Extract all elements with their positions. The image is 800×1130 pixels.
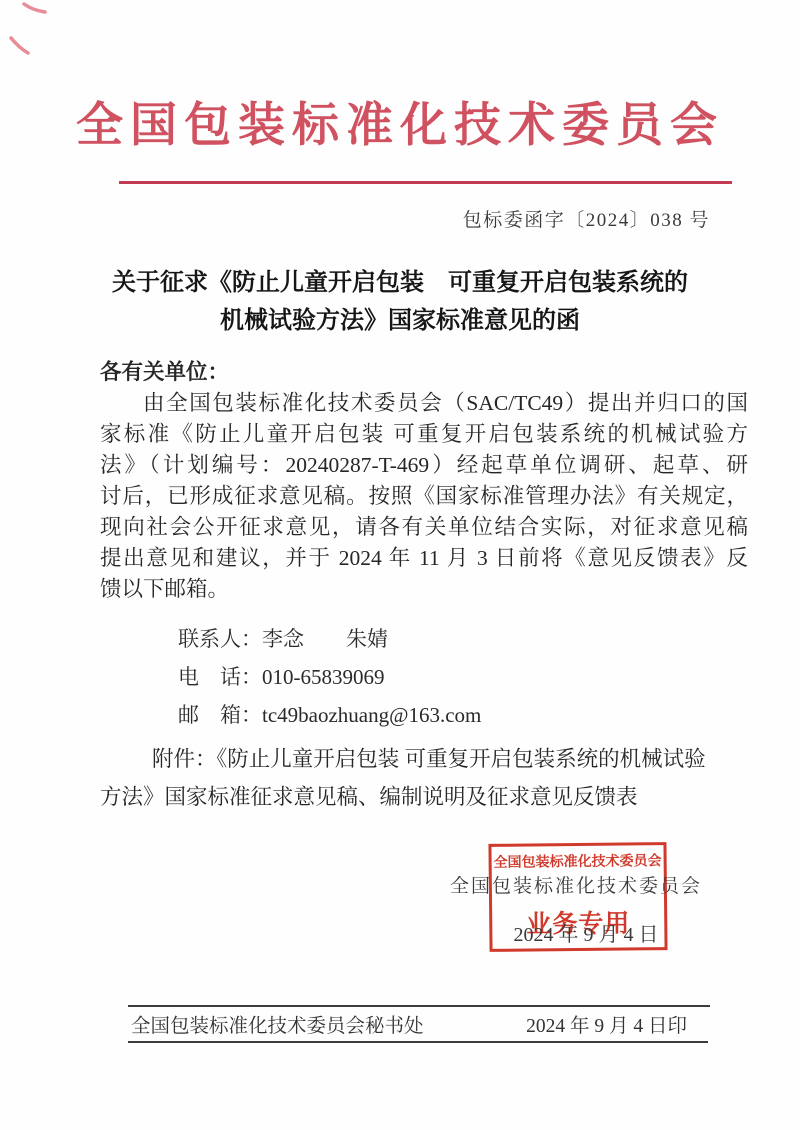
footer-divider-bottom [128, 1041, 708, 1043]
body-line: 提出意见和建议，并于 2024 年 11 月 3 日前将《意见反馈表》反 [100, 543, 748, 574]
body-line: 由全国包装标准化技术委员会（SAC/TC49）提出并归口的国 [100, 388, 748, 419]
letter-body: 各有关单位： 由全国包装标准化技术委员会（SAC/TC49）提出并归口的国 家标… [100, 357, 748, 605]
letterhead-org-name: 全国包装标准化技术委员会 [0, 88, 800, 155]
document-title-line2: 机械试验方法》国家标准意见的函 [0, 302, 800, 340]
body-line: 家标准《防止儿童开启包装 可重复开启包装系统的机械试验方 [100, 419, 748, 450]
footer-issuer: 全国包装标准化技术委员会秘书处 [131, 1010, 424, 1038]
body-line: 法》（计划编号：20240287-T-469）经起草单位调研、起草、研 [100, 450, 748, 481]
body-line: 馈以下邮箱。 [100, 574, 748, 605]
document-title-line1: 关于征求《防止儿童开启包装 可重复开启包装系统的 [0, 264, 800, 302]
contact-phone: 电 话：010-65839069 [178, 658, 481, 696]
attachment-line1: 附件：《防止儿童开启包装 可重复开启包装系统的机械试验 [100, 740, 748, 778]
attachment-note: 附件：《防止儿童开启包装 可重复开启包装系统的机械试验 方法》国家标准征求意见稿… [100, 740, 748, 816]
contact-person: 联系人：李念 朱婧 [178, 620, 481, 658]
body-line: 现向社会公开征求意见，请各有关单位结合实际，对征求意见稿 [100, 512, 748, 543]
signature-org-name: 全国包装标准化技术委员会 [448, 871, 704, 898]
salutation: 各有关单位： [100, 357, 748, 388]
body-line: 讨后，已形成征求意见稿。按照《国家标准管理办法》有关规定， [100, 481, 748, 512]
letterhead-divider [119, 181, 732, 184]
document-title: 关于征求《防止儿童开启包装 可重复开启包装系统的 机械试验方法》国家标准意见的函 [0, 264, 800, 340]
contact-info: 联系人：李念 朱婧 电 话：010-65839069 邮 箱：tc49baozh… [178, 620, 481, 734]
footer: 全国包装标准化技术委员会秘书处 2024 年 9 月 4 日印 [131, 1009, 687, 1039]
letter-page: 全国包装标准化技术委员会 包标委函字〔2024〕038 号 关于征求《防止儿童开… [0, 0, 800, 1130]
footer-divider-top [128, 1005, 710, 1007]
attachment-line2: 方法》国家标准征求意见稿、编制说明及征求意见反馈表 [100, 778, 748, 816]
pen-mark-icon [4, 0, 68, 64]
contact-email: 邮 箱：tc49baozhuang@163.com [178, 696, 481, 734]
footer-print-date: 2024 年 9 月 4 日印 [526, 1010, 687, 1038]
signature-date: 2024 年 9 月 4 日 [502, 918, 670, 947]
seal-org-name: 全国包装标准化技术委员会 [490, 850, 666, 872]
document-number: 包标委函字〔2024〕038 号 [463, 205, 710, 232]
